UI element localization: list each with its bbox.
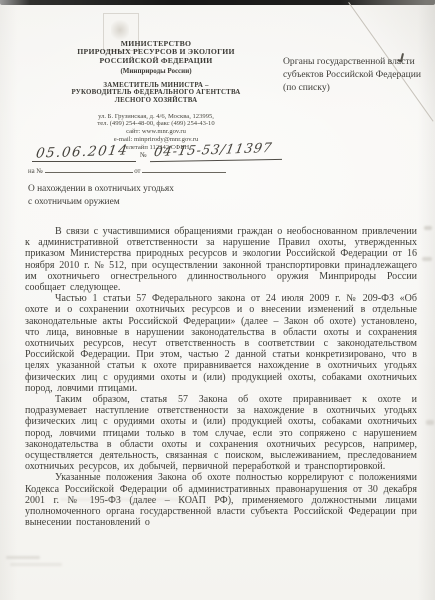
ministry-name: МИНИСТЕРСТВО ПРИРОДНЫХ РЕСУРСОВ И ЭКОЛОГ…: [28, 40, 284, 65]
handwritten-outgoing-number: 04-15-53/11397: [153, 141, 274, 160]
scan-smudge: [6, 556, 40, 559]
reply-from-label: от: [134, 168, 140, 175]
reference-block: 05.06.2014 № 04-15-53/11397 на № от: [28, 143, 284, 179]
official-title: ЗАМЕСТИТЕЛЬ МИНИСТРА – РУКОВОДИТЕЛЬ ФЕДЕ…: [28, 82, 284, 105]
website-line: сайт: www.mnr.gov.ru: [28, 128, 284, 136]
official-title-line: ЗАМЕСТИТЕЛЬ МИНИСТРА –: [28, 82, 284, 90]
address-line: ул. Б. Грузинская, д. 4/6, Москва, 12399…: [28, 113, 284, 121]
reply-number-underline: [45, 165, 133, 173]
letter-body: В связи с участившимися обращениями граж…: [25, 226, 417, 528]
reply-prefix-label: на №: [28, 168, 43, 175]
official-title-line: ЛЕСНОГО ХОЗЯЙСТВА: [28, 97, 284, 105]
scan-smudge: [422, 257, 432, 261]
scan-smudge: [10, 563, 62, 566]
scan-smudge: [426, 420, 434, 425]
subject-block: О нахождении в охотничьих угодьях с охот…: [28, 183, 174, 208]
scan-smudge: [424, 226, 432, 230]
scanned-letter-page: МИНИСТЕРСТВО ПРИРОДНЫХ РЕСУРСОВ И ЭКОЛОГ…: [0, 0, 435, 600]
body-paragraph: Таким образом, статья 57 Закона об охоте…: [25, 394, 417, 472]
handwritten-date: 05.06.2014: [35, 142, 130, 161]
scan-smudge: [60, 498, 180, 501]
subject-line: О нахождении в охотничьих угодьях: [28, 183, 174, 196]
recipient-block: Органы государственной власти субъектов …: [283, 55, 428, 95]
letterhead: МИНИСТЕРСТВО ПРИРОДНЫХ РЕСУРСОВ И ЭКОЛОГ…: [28, 40, 284, 152]
number-sign: №: [140, 151, 147, 159]
subject-line: с охотничьим оружием: [28, 196, 174, 209]
body-paragraph: Частью 1 статьи 57 Федерального закона о…: [25, 293, 417, 394]
official-title-line: РУКОВОДИТЕЛЬ ФЕДЕРАЛЬНОГО АГЕНТСТВА: [28, 89, 284, 97]
phone-fax-line: тел. (499) 254-48-00, факс (499) 254-43-…: [28, 120, 284, 128]
reply-reference-row: на № от: [28, 165, 226, 175]
reply-date-underline: [142, 165, 226, 173]
ministry-name-line: РОССИЙСКОЙ ФЕДЕРАЦИИ: [28, 57, 284, 65]
date-underline: [32, 161, 136, 162]
body-paragraph: В связи с участившимися обращениями граж…: [25, 226, 417, 293]
ministry-short-name: (Минприроды России): [28, 67, 284, 75]
